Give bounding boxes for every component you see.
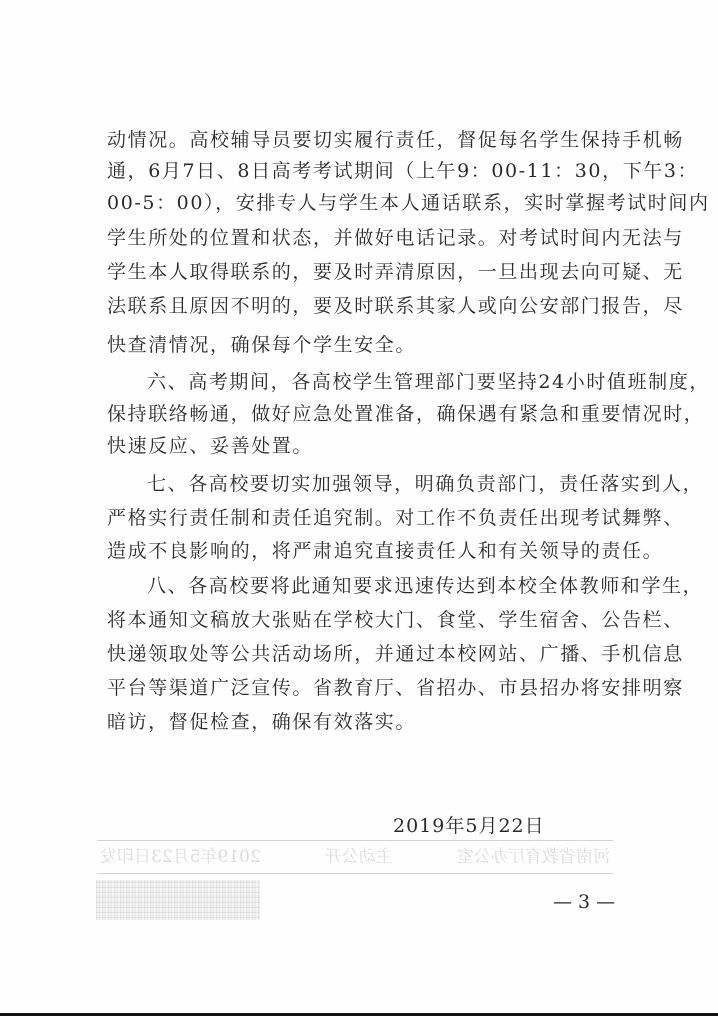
footer-rule-top [97,840,613,841]
bleed-through-footer: 河南省教育厅办公室 主动公开 2019年5月23日印发 [100,847,610,867]
body-line: 七、各高校要切实加强领导，明确负责部门，责任落实到人， [147,473,613,495]
bleed-disclosure: 主动公开 [325,847,393,867]
body-line: 通，6月7日、8日高考考试期间（上午9：00-11：30，下午3： [107,160,613,182]
body-line: 法联系且原因不明的，要及时联系其家人或向公安部门报告，尽 [107,295,613,317]
issue-date: 2019年5月22日 [393,815,545,837]
body-line: 暗访，督促检查，确保有效落实。 [107,711,613,733]
body-line: 保持联络畅通，做好应急处置准备，确保遇有紧急和重要情况时， [107,403,613,425]
body-line: 快查清情况，确保每个学生安全。 [107,334,613,356]
body-line: 学生本人取得联系的，要及时弄清原因，一旦出现去向可疑、无 [107,261,613,283]
body-line: 将本通知文稿放大张贴在学校大门、食堂、学生宿舍、公告栏、 [107,609,613,631]
body-line: 八、各高校要将此通知要求迅速传达到本校全体教师和学生， [147,575,613,597]
body-line: 快递领取处等公共活动场所，并通过本校网站、广播、手机信息 [107,643,613,665]
body-line: 00-5：00），安排专人与学生本人通话联系，实时掌握考试时间内 [107,192,613,214]
bleed-issuer: 河南省教育厅办公室 [457,847,610,867]
bleed-print-date: 2019年5月23日印发 [100,847,261,867]
bleed-through-barcode [96,880,260,920]
footer-rule-bottom [97,873,613,874]
body-line: 严格实行责任制和责任追究制。对工作不负责任出现考试舞弊、 [107,507,613,529]
body-line: 动情况。高校辅导员要切实履行责任，督促每名学生保持手机畅 [107,129,613,151]
body-line: 六、高考期间，各高校学生管理部门要坚持24小时值班制度， [147,371,613,393]
body-line: 平台等渠道广泛宣传。省教育厅、省招办、市县招办将安排明察 [107,677,613,699]
body-line: 学生所处的位置和状态，并做好电话记录。对考试时间内无法与 [107,227,613,249]
body-line: 造成不良影响的，将严肃追究直接责任人和有关领导的责任。 [107,540,613,562]
body-line: 快速反应、妥善处置。 [107,435,613,457]
document-page: 动情况。高校辅导员要切实履行责任，督促每名学生保持手机畅通，6月7日、8日高考考… [0,0,718,1016]
page-number: — 3 — [553,891,615,913]
